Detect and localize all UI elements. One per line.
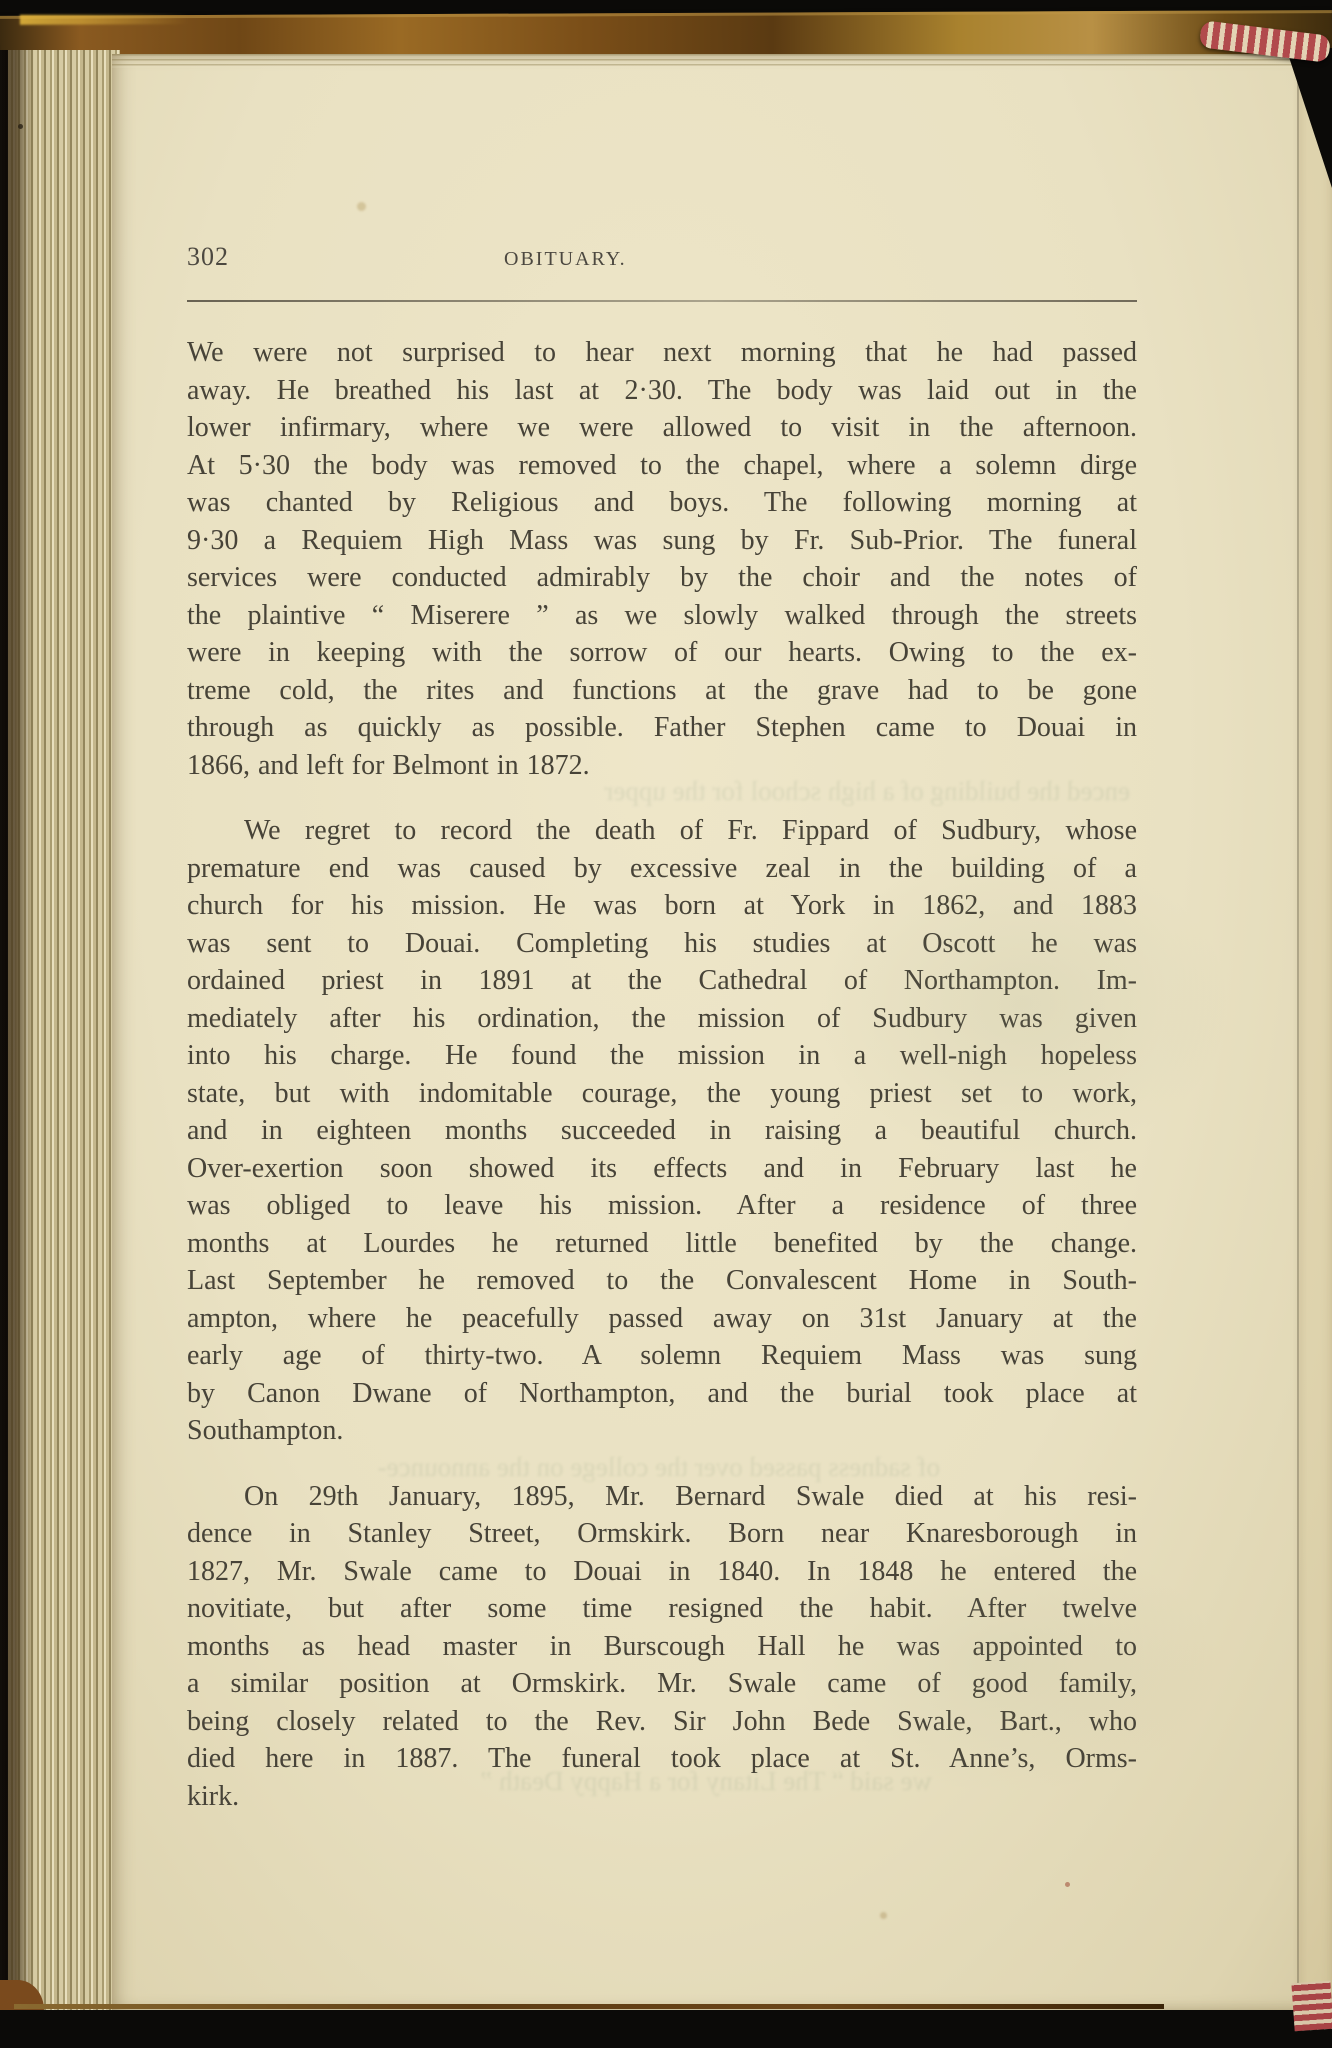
text-line: 1827, Mr. Swale came to Douai in 1840. I…	[187, 1553, 1137, 1591]
text-line: was sent to Douai. Completing his studie…	[187, 925, 1137, 963]
page-number: 302	[187, 242, 229, 272]
paragraph: We were not surprised to hear next morni…	[187, 334, 1137, 784]
text-line: was obliged to leave his mission. After …	[187, 1187, 1137, 1225]
text-line: were in keeping with the sorrow of our h…	[187, 634, 1137, 672]
foxing-speck	[1065, 1882, 1070, 1887]
show-through-text: we said “ The Litany for a Happy Death ”	[252, 1766, 932, 1797]
text-line: being closely related to the Rev. Sir Jo…	[187, 1703, 1137, 1741]
foxing-speck	[357, 202, 366, 211]
tailband	[1291, 1981, 1332, 2032]
page-right-margin-shade	[1299, 54, 1332, 2010]
page-fore-edges-left	[0, 50, 120, 2022]
text-block: We were not surprised to hear next morni…	[187, 334, 1137, 1843]
book-photograph: 302 OBITUARY. We were not surprised to h…	[0, 0, 1332, 2048]
paragraph: On 29th January, 1895, Mr. Bernard Swale…	[187, 1478, 1137, 1816]
text-line: and in eighteen months succeeded in rais…	[187, 1112, 1137, 1150]
text-line: We were not surprised to hear next morni…	[187, 334, 1137, 372]
text-line: We regret to record the death of Fr. Fip…	[187, 812, 1137, 850]
text-line: Over-exertion soon showed its effects an…	[187, 1150, 1137, 1188]
foxing-speck	[880, 1912, 887, 1919]
text-line: Southampton.	[187, 1412, 1137, 1450]
text-line: At 5·30 the body was removed to the chap…	[187, 447, 1137, 485]
under-leaf-edge-lines	[112, 54, 1332, 68]
text-line: state, but with indomitable courage, the…	[187, 1075, 1137, 1113]
text-line: 9·30 a Requiem High Mass was sung by Fr.…	[187, 522, 1137, 560]
text-line: novitiate, but after some time resigned …	[187, 1590, 1137, 1628]
text-line: away. He breathed his last at 2·30. The …	[187, 372, 1137, 410]
text-line: the plaintive “ Miserere ” as we slowly …	[187, 597, 1137, 635]
text-line: by Canon Dwane of Northampton, and the b…	[187, 1375, 1137, 1413]
text-line: On 29th January, 1895, Mr. Bernard Swale…	[187, 1478, 1137, 1516]
show-through-text: of sadness passed over the college on th…	[300, 1452, 940, 1483]
show-through-text: enced the building of a high school for …	[330, 776, 1130, 807]
text-line: through as quickly as possible. Father S…	[187, 709, 1137, 747]
text-line: premature end was caused by excessive ze…	[187, 850, 1137, 888]
text-line: church for his mission. He was born at Y…	[187, 887, 1137, 925]
text-line: treme cold, the rites and functions at t…	[187, 672, 1137, 710]
text-line: months as head master in Burscough Hall …	[187, 1628, 1137, 1666]
text-line: was chanted by Religious and boys. The f…	[187, 484, 1137, 522]
running-head: OBITUARY.	[504, 248, 627, 271]
paragraph: We regret to record the death of Fr. Fip…	[187, 812, 1137, 1450]
gilt-highlight	[20, 14, 260, 25]
page-crease	[1297, 58, 1299, 2002]
foxing-speck	[18, 124, 23, 129]
text-line: Last September he removed to the Convale…	[187, 1262, 1137, 1300]
text-line: ampton, where he peacefully passed away …	[187, 1300, 1137, 1338]
book-page: 302 OBITUARY. We were not surprised to h…	[112, 54, 1332, 2010]
text-line: a similar position at Ormskirk. Mr. Swal…	[187, 1665, 1137, 1703]
header-rule	[187, 300, 1137, 302]
text-line: mediately after his ordination, the miss…	[187, 1000, 1137, 1038]
text-line: into his charge. He found the mission in…	[187, 1037, 1137, 1075]
text-line: ordained priest in 1891 at the Cathedral…	[187, 962, 1137, 1000]
text-line: dence in Stanley Street, Ormskirk. Born …	[187, 1515, 1137, 1553]
text-line: months at Lourdes he returned little ben…	[187, 1225, 1137, 1263]
text-line: lower infirmary, where we were allowed t…	[187, 409, 1137, 447]
text-line: services were conducted admirably by the…	[187, 559, 1137, 597]
text-line: early age of thirty-two. A solemn Requie…	[187, 1337, 1137, 1375]
backdrop-bottom	[0, 2010, 1332, 2048]
page-bottom-edge	[14, 2004, 1164, 2009]
